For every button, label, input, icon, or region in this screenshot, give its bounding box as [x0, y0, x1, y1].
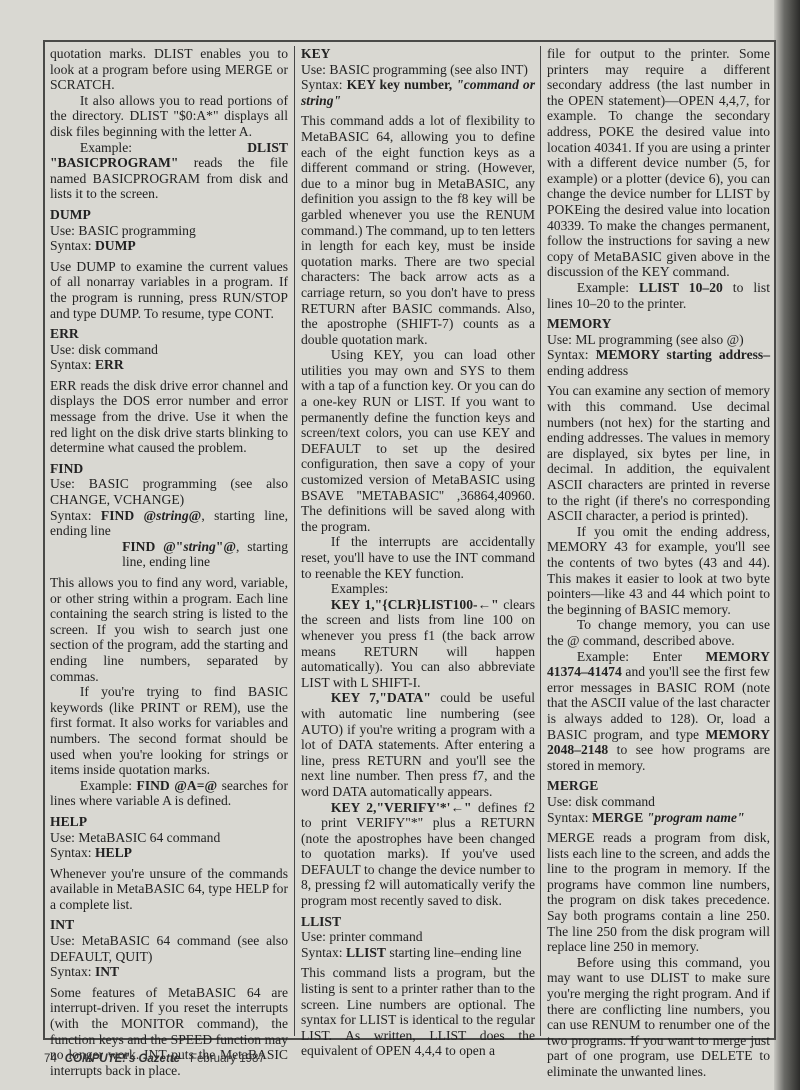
- entry-body: This command adds a lot of flexibility t…: [301, 113, 535, 347]
- paragraph: quotation marks. DLIST enables you to lo…: [50, 46, 288, 93]
- page-number: 74: [44, 1053, 57, 1065]
- entry-syntax: Syntax: ERR: [50, 357, 288, 373]
- entry-title-help: HELP: [50, 814, 288, 830]
- entry-body: If you omit the ending address, MEMORY 4…: [547, 524, 770, 618]
- column-divider: [294, 46, 295, 1036]
- entry-body: Before using this command, you may want …: [547, 955, 770, 1080]
- example-paragraph: KEY 1,"{CLR}LIST100-←" clears the screen…: [301, 597, 535, 691]
- entry-syntax: Syntax: MERGE "program name": [547, 810, 770, 826]
- entry-title-dump: DUMP: [50, 207, 288, 223]
- example-paragraph: Example: FIND @A=@ searches for lines wh…: [50, 778, 288, 809]
- paragraph: file for output to the printer. Some pri…: [547, 46, 770, 280]
- entry-syntax-alt: FIND @"string"@, starting line, ending l…: [50, 539, 288, 570]
- examples-label: Examples:: [301, 581, 535, 597]
- paragraph: It also allows you to read portions of t…: [50, 93, 288, 140]
- column-1: quotation marks. DLIST enables you to lo…: [50, 46, 288, 1078]
- entry-syntax: Syntax: HELP: [50, 845, 288, 861]
- entry-body: MERGE reads a program from disk, lists e…: [547, 830, 770, 955]
- entry-body: Using KEY, you can load other utilities …: [301, 347, 535, 534]
- entry-body: This command lists a program, but the li…: [301, 965, 535, 1059]
- column-2: KEY Use: BASIC programming (see also INT…: [301, 46, 535, 1059]
- page-footer: 74COMPUTE!'s GazetteFebruary 1987: [44, 1053, 265, 1065]
- issue-date: February 1987: [190, 1053, 265, 1065]
- entry-title-err: ERR: [50, 326, 288, 342]
- entry-title-merge: MERGE: [547, 778, 770, 794]
- entry-syntax: Syntax: DUMP: [50, 238, 288, 254]
- entry-use: Use: disk command: [50, 342, 288, 358]
- column-divider: [540, 46, 541, 1036]
- entry-title-int: INT: [50, 917, 288, 933]
- entry-body: You can examine any section of memory wi…: [547, 383, 770, 523]
- entry-body: If the interrupts are accidentally reset…: [301, 534, 535, 581]
- entry-syntax: Syntax: FIND @string@, starting line, en…: [50, 508, 288, 539]
- column-3: file for output to the printer. Some pri…: [547, 46, 770, 1080]
- entry-body: This allows you to find any word, variab…: [50, 575, 288, 684]
- entry-body: To change memory, you can use the @ comm…: [547, 617, 770, 648]
- entry-body: Whenever you're unsure of the commands a…: [50, 866, 288, 913]
- entry-title-memory: MEMORY: [547, 316, 770, 332]
- entry-use: Use: MetaBASIC 64 command: [50, 830, 288, 846]
- entry-syntax: Syntax: LLIST starting line–ending line: [301, 945, 535, 961]
- entry-title-key: KEY: [301, 46, 535, 62]
- entry-title-llist: LLIST: [301, 914, 535, 930]
- entry-use: Use: ML programming (see also @): [547, 332, 770, 348]
- publication-name: COMPUTE!'s Gazette: [65, 1053, 180, 1065]
- entry-body: Use DUMP to examine the current values o…: [50, 259, 288, 321]
- page-edge-shadow: [774, 0, 800, 1090]
- entry-title-find: FIND: [50, 461, 288, 477]
- entry-use: Use: printer command: [301, 929, 535, 945]
- entry-syntax: Syntax: MEMORY starting address–ending a…: [547, 347, 770, 378]
- example-paragraph: KEY 7,"DATA" could be useful with automa…: [301, 690, 535, 799]
- entry-body: ERR reads the disk drive error channel a…: [50, 378, 288, 456]
- entry-body: If you're trying to find BASIC keywords …: [50, 684, 288, 778]
- entry-syntax: Syntax: KEY key number, "command or stri…: [301, 77, 535, 108]
- entry-use: Use: disk command: [547, 794, 770, 810]
- entry-syntax: Syntax: INT: [50, 964, 288, 980]
- example-paragraph: Example: LLIST 10–20 to list lines 10–20…: [547, 280, 770, 311]
- example-paragraph: KEY 2,"VERIFY'*'←" defines f2 to print V…: [301, 800, 535, 909]
- entry-use: Use: BASIC programming (see also INT): [301, 62, 535, 78]
- example-paragraph: Example: Enter MEMORY 41374–41474 and yo…: [547, 649, 770, 774]
- entry-use: Use: MetaBASIC 64 command (see also DEFA…: [50, 933, 288, 964]
- example-paragraph: Example: DLIST "BASICPROGRAM" reads the …: [50, 140, 288, 202]
- entry-use: Use: BASIC programming (see also CHANGE,…: [50, 476, 288, 507]
- entry-use: Use: BASIC programming: [50, 223, 288, 239]
